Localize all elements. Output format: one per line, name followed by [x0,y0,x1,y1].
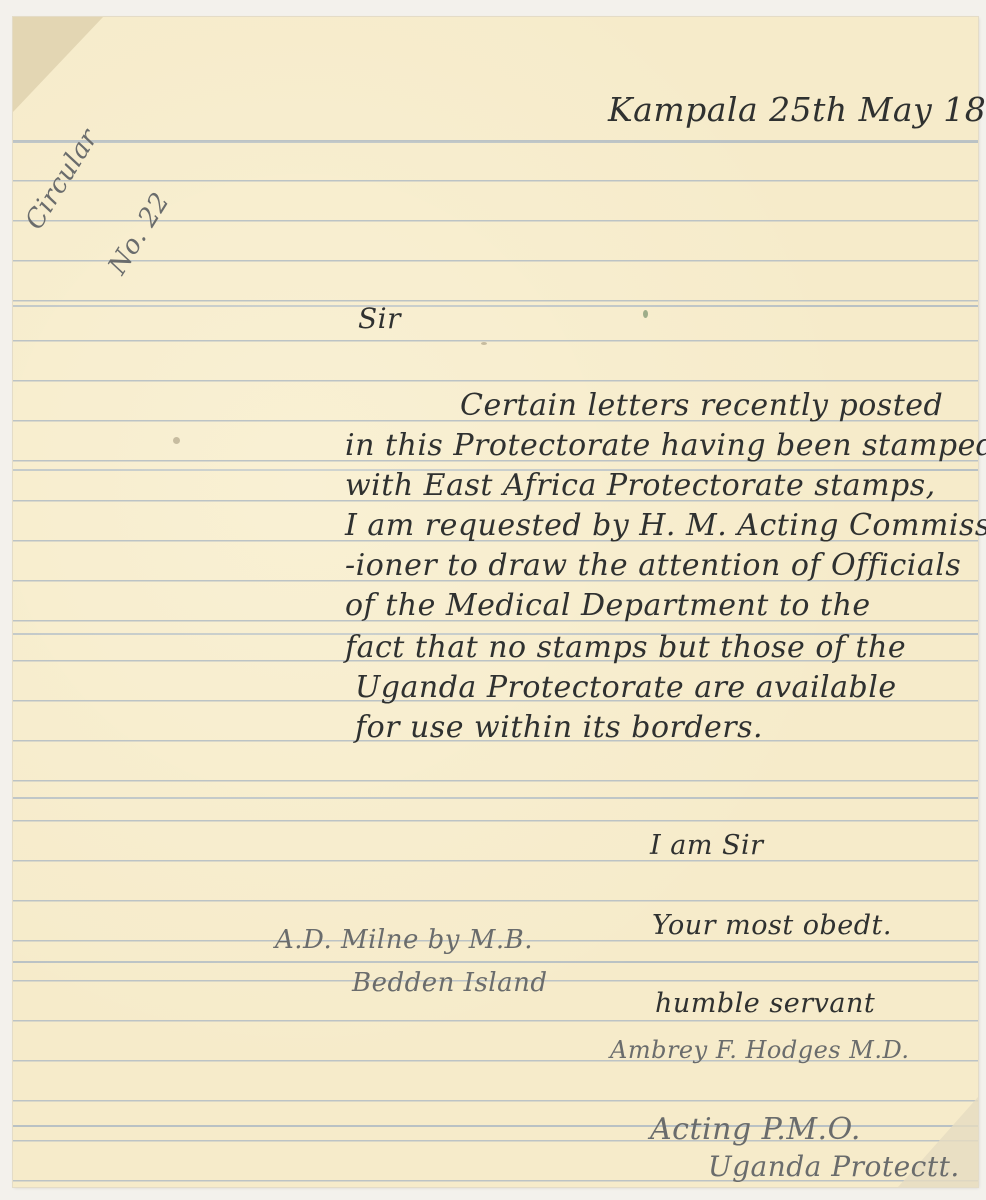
folded-corner-top-left [13,17,103,112]
closing-line-1: I am Sir [650,830,764,861]
closing-line-3: humble servant [655,988,875,1019]
addressee-location: Bedden Island [352,968,548,998]
body-line: of the Medical Department to the [345,588,871,623]
body-line: Uganda Protectorate are available [355,670,897,705]
ink-spot [173,437,180,444]
salutation: Sir [358,302,401,335]
ink-spot [481,342,487,345]
body-line: I am requested by H. M. Acting Commiss- [345,508,986,543]
signatory-jurisdiction: Uganda Protectt. [708,1150,960,1183]
body-line: fact that no stamps but those of the [345,630,906,665]
ink-spot [643,310,648,318]
body-line: with East Africa Protectorate stamps, [345,468,936,503]
body-line: -ioner to draw the attention of Official… [345,548,961,583]
signatory-title: Acting P.M.O. [650,1112,861,1147]
body-line: Certain letters recently posted [460,388,943,423]
place-date: Kampala 25th May 1899 [608,90,986,129]
signature: Ambrey F. Hodges M.D. [610,1036,909,1064]
closing-line-2: Your most obedt. [652,910,892,941]
body-line: for use within its borders. [355,710,763,745]
body-line: in this Protectorate having been stamped [345,428,986,463]
addressee-name: A.D. Milne by M.B. [275,925,533,955]
